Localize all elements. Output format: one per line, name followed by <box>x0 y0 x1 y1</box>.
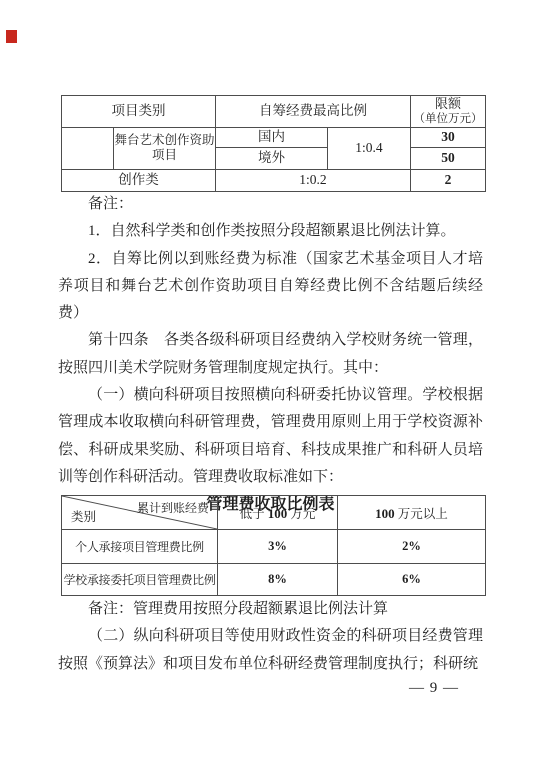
item-one-paragraph: （一）横向科研项目按照横向科研委托协议管理。学校根据管理成本收取横向科研管理费，… <box>58 382 483 491</box>
fee-table-header-row: 累计到账经费 类别 低于 100 万元 100 万元以上 <box>62 496 486 530</box>
page-number: — 9 — <box>409 680 459 697</box>
document-page: 项目类别 自筹经费最高比例 限额 （单位万元） 舞台艺术创作资助项目 国内 1:… <box>0 0 543 768</box>
creation-limit-cell: 2 <box>411 169 486 191</box>
domestic-limit-cell: 30 <box>411 127 486 147</box>
personal-project-label-cell: 个人承接项目管理费比例 <box>62 530 218 564</box>
creation-ratio-cell: 1:0.2 <box>216 169 411 191</box>
ratio-header-cell: 自筹经费最高比例 <box>216 96 411 128</box>
stage-art-project-cell: 舞台艺术创作资助项目 <box>114 127 216 169</box>
body-text-block-1: 备注： 1．自然科学类和创作类按照分段超额累退比例法计算。 2．自筹比例以到账经… <box>58 191 483 519</box>
below-100-prefix: 低于 <box>240 507 268 521</box>
limit-header-cell: 限额 （单位万元） <box>411 96 486 128</box>
funding-table-header-row: 项目类别 自筹经费最高比例 限额 （单位万元） <box>62 96 486 128</box>
domestic-cell: 国内 <box>216 127 328 147</box>
limit-header-line1: 限额 <box>411 96 485 112</box>
empty-category-cell <box>62 127 114 169</box>
notes-label: 备注： <box>58 191 483 218</box>
merged-ratio-cell: 1:0.4 <box>328 127 411 169</box>
below-100-header-cell: 低于 100 万元 <box>218 496 338 530</box>
personal-project-row: 个人承接项目管理费比例 3% 2% <box>62 530 486 564</box>
limit-header-line2: （单位万元） <box>411 112 485 126</box>
article-14-paragraph: 第十四条 各类各级科研项目经费纳入学校财务统一管理，按照四川美术学院财务管理制度… <box>58 327 483 382</box>
school-above-rate-cell: 6% <box>338 564 486 596</box>
personal-above-rate-cell: 2% <box>338 530 486 564</box>
school-below-rate-cell: 8% <box>218 564 338 596</box>
below-100-number: 100 <box>268 506 288 521</box>
note-item-2: 2．自筹比例以到账经费为标准（国家艺术基金项目人才培养项目和舞台艺术创作资助项目… <box>58 246 483 328</box>
overseas-limit-cell: 50 <box>411 147 486 169</box>
red-stamp-mark <box>6 30 17 43</box>
diagonal-header-cell: 累计到账经费 类别 <box>62 496 218 530</box>
overseas-cell: 境外 <box>216 147 328 169</box>
above-100-suffix: 万元以上 <box>395 507 448 521</box>
personal-below-rate-cell: 3% <box>218 530 338 564</box>
below-100-suffix: 万元 <box>287 507 315 521</box>
category-header-cell: 项目类别 <box>62 96 216 128</box>
category-label: 类别 <box>71 507 96 525</box>
above-100-number: 100 <box>375 506 395 521</box>
item-two-paragraph: （二）纵向科研项目等使用财政性资金的科研项目经费管理按照《预算法》和项目发布单位… <box>58 623 483 678</box>
above-100-header-cell: 100 万元以上 <box>338 496 486 530</box>
body-text-block-2: 备注：管理费用按照分段超额累退比例法计算 （二）纵向科研项目等使用财政性资金的科… <box>58 596 483 678</box>
domestic-row: 舞台艺术创作资助项目 国内 1:0.4 30 <box>62 127 486 147</box>
funding-ratio-table: 项目类别 自筹经费最高比例 限额 （单位万元） 舞台艺术创作资助项目 国内 1:… <box>61 95 486 192</box>
creation-category-cell: 创作类 <box>62 169 216 191</box>
school-project-row: 学校承接委托项目管理费比例 8% 6% <box>62 564 486 596</box>
note-item-1: 1．自然科学类和创作类按照分段超额累退比例法计算。 <box>58 218 483 245</box>
notes2-paragraph: 备注：管理费用按照分段超额累退比例法计算 <box>58 596 483 623</box>
management-fee-table: 累计到账经费 类别 低于 100 万元 100 万元以上 个人承接项目管理费比例… <box>61 495 486 596</box>
creation-row: 创作类 1:0.2 2 <box>62 169 486 191</box>
school-project-label-cell: 学校承接委托项目管理费比例 <box>62 564 218 596</box>
cumulative-funds-label: 累计到账经费 <box>137 499 209 516</box>
